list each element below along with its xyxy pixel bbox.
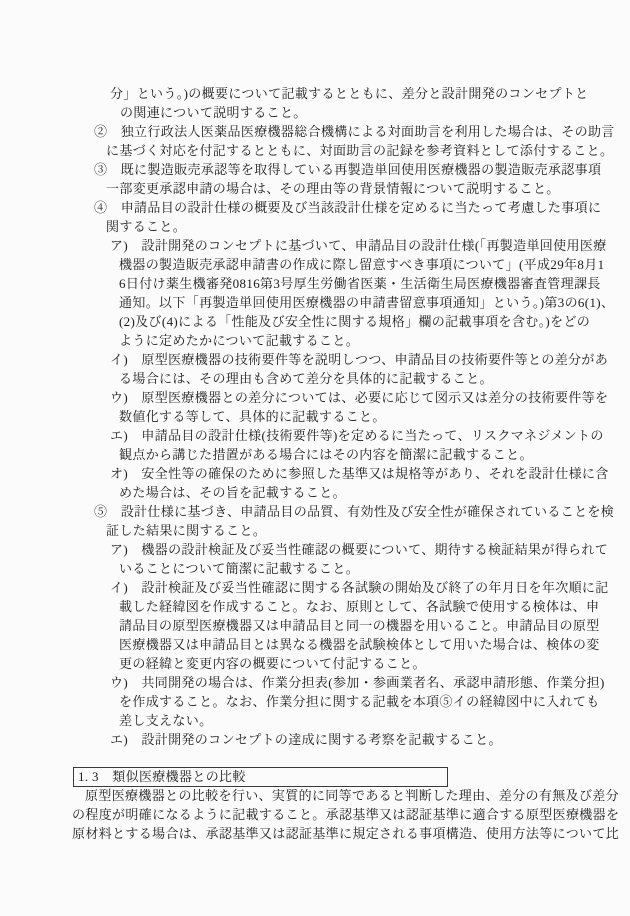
text-line: 証した結果に関すること。 (72, 521, 592, 540)
text-line: 関すること。 (72, 217, 592, 236)
text-line: 載した経緯図を作成すること。なお、原則として、各試験で使用する検体は、申 (72, 597, 592, 616)
text-line: 医療機器又は申請品目とは異なる機器を試験検体として用いた場合は、検体の変 (72, 635, 592, 654)
text-line: 請品目の原型医療機器又は申請品目と同一の機器を用いること。申請品目の原型 (72, 616, 592, 635)
text-line: る場合には、その理由も含めて差分を具体的に記載すること。 (72, 369, 592, 388)
text-line: 原型医療機器との比較を行い、実質的に同等であると判断した理由、差分の有無及び差分 (72, 786, 592, 805)
text-line: 数値化する等して、具体的に記載すること。 (72, 407, 592, 426)
text-line: ように定めたかについて記載すること。 (72, 331, 592, 350)
text-line: 一部変更承認申請の場合は、その理由等の背景情報について説明すること。 (72, 179, 592, 198)
text-line: めた場合は、その旨を記載すること。 (72, 483, 592, 502)
text-line: 差し支えない。 (72, 711, 592, 730)
text-line: の程度が明確になるように記載すること。承認基準又は認証基準に適合する原型医療機器… (72, 805, 592, 824)
text-line: エ) 申請品目の設計仕様(技術要件等)を定めるに当たって、リスクマネジメントの (72, 426, 592, 445)
text-line: ア) 設計開発のコンセプトに基づいて、申請品目の設計仕様(「再製造単回使用医療 (72, 236, 592, 255)
text-line: ⑤ 設計仕様に基づき、申請品目の品質、有効性及び安全性が確保されていることを検 (72, 502, 592, 521)
text-line: ウ) 共同開発の場合は、作業分担表(参加・参画業者名、承認申請形態、作業分担) (72, 673, 592, 692)
text-line: エ) 設計開発のコンセプトの達成に関する考察を記載すること。 (72, 730, 592, 749)
document-content: 分」という。)の概要について記載するとともに、差分と設計開発のコンセプトとの関連… (72, 84, 592, 843)
text-line: に基づく対応を付記するとともに、対面助言の記録を参考資料として添付すること。 (72, 141, 592, 160)
text-line: の関連について説明すること。 (72, 103, 592, 122)
text-line: 機器の製造販売承認申請書の作成に際し留意すべき事項について」(平成29年8月1 (72, 255, 592, 274)
text-line: ③ 既に製造販売承認等を取得している再製造単回使用医療機器の製造販売承認事項 (72, 160, 592, 179)
text-line: (2)及び(4)による「性能及び安全性に関する規格」欄の記載事項を含む。)をどの (72, 312, 592, 331)
text-line: 原材料とする場合は、承認基準又は認証基準に規定される事項構造、使用方法等について… (72, 824, 592, 843)
text-line: 通知。以下「再製造単回使用医療機器の申請書留意事項通知」という。)第3の6(1)… (72, 293, 592, 312)
section-heading-box: 1. 3 類似医療機器との比較 (73, 767, 448, 787)
text-line: ウ) 原型医療機器との差分については、必要に応じて図示又は差分の技術要件等を (72, 388, 592, 407)
document-page: 分」という。)の概要について記載するとともに、差分と設計開発のコンセプトとの関連… (0, 0, 630, 916)
text-line: 6日付け薬生機審発0816第3号厚生労働省医薬・生活衛生局医療機器審査管理課長 (72, 274, 592, 293)
text-line: ア) 機器の設計検証及び妥当性確認の概要について、期待する検証結果が得られて (72, 540, 592, 559)
text-line: を作成すること。なお、作業分担に関する記載を本項⑤イの経緯図中に入れても (72, 692, 592, 711)
text-line: オ) 安全性等の確保のために参照した基準又は規格等があり、それを設計仕様に含 (72, 464, 592, 483)
text-line: 観点から講じた措置がある場合にはその内容を簡潔に記載すること。 (72, 445, 592, 464)
text-line: イ) 原型医療機器の技術要件等を説明しつつ、申請品目の技術要件等との差分があ (72, 350, 592, 369)
text-line: いることについて簡潔に記載すること。 (72, 559, 592, 578)
text-line: ② 独立行政法人医薬品医療機器総合機構による対面助言を利用した場合は、その助言 (72, 122, 592, 141)
text-line: イ) 設計検証及び妥当性確認に関する各試験の開始及び終了の年月日を年次順に記 (72, 578, 592, 597)
blank-line (72, 749, 592, 768)
section-heading-row: 1. 3 類似医療機器との比較 (72, 767, 592, 786)
text-line: 分」という。)の概要について記載するとともに、差分と設計開発のコンセプトと (72, 84, 592, 103)
text-line: 更の経緯と変更内容の概要について付記すること。 (72, 654, 592, 673)
text-line: ④ 申請品目の設計仕様の概要及び当該設計仕様を定めるに当たって考慮した事項に (72, 198, 592, 217)
